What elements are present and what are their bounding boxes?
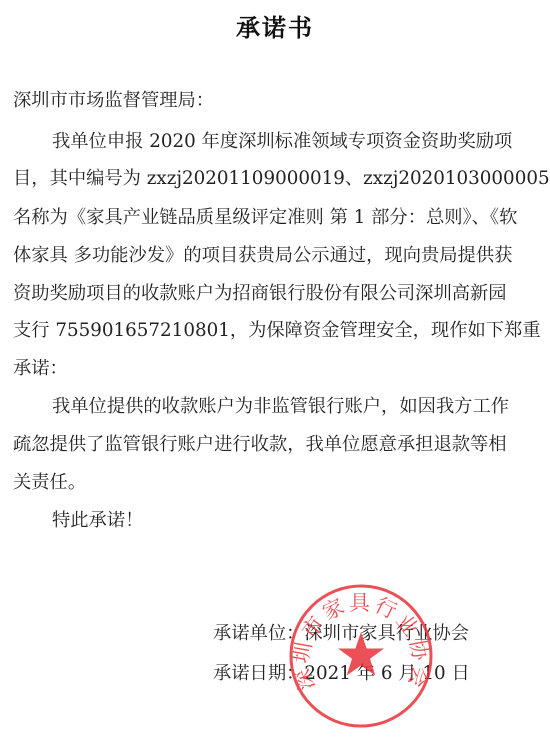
salutation: 深圳市市场监督管理局： (13, 90, 214, 112)
paragraph1-line-4: 体家具 多功能沙发》的项目获贵局公示通过，现向贵局提供获 (13, 245, 512, 267)
closing-statement: 特此承诺！ (52, 510, 143, 532)
paragraph1-line-2: 目，其中编号为 zxzj20201109000019、zxzj202010300… (13, 168, 550, 190)
signature-unit: 承诺单位：深圳市家具行业协会 (213, 623, 469, 645)
paragraph2-line-1: 我单位提供的收款账户为非监管银行账户，如因我方工作 (52, 396, 509, 418)
paragraph1-line-1: 我单位申报 2020 年度深圳标准领域专项资金资助奖励项 (52, 131, 512, 153)
paragraph1-line-6: 支行 755901657210801，为保障资金管理安全，现作如下郑重 (13, 320, 541, 342)
paragraph2-line-3: 关责任。 (13, 472, 86, 494)
official-seal-stamp: 深圳市家具行业协会 (287, 582, 435, 730)
paragraph2-line-2: 疏忽提供了监管银行账户进行收款，我单位愿意承担退款等相 (13, 434, 507, 456)
paragraph1-line-7: 承诺： (13, 358, 68, 380)
paragraph1-line-5: 资助奖励项目的收款账户为招商银行股份有限公司深圳高新园 (13, 283, 507, 305)
paragraph1-line-3: 名称为《家具产业链品质星级评定准则 第 1 部分：总则》、《软 (13, 207, 517, 229)
page-title: 承诺书 (0, 8, 550, 43)
signature-date: 承诺日期：2021 年 6 月 10 日 (213, 663, 470, 685)
